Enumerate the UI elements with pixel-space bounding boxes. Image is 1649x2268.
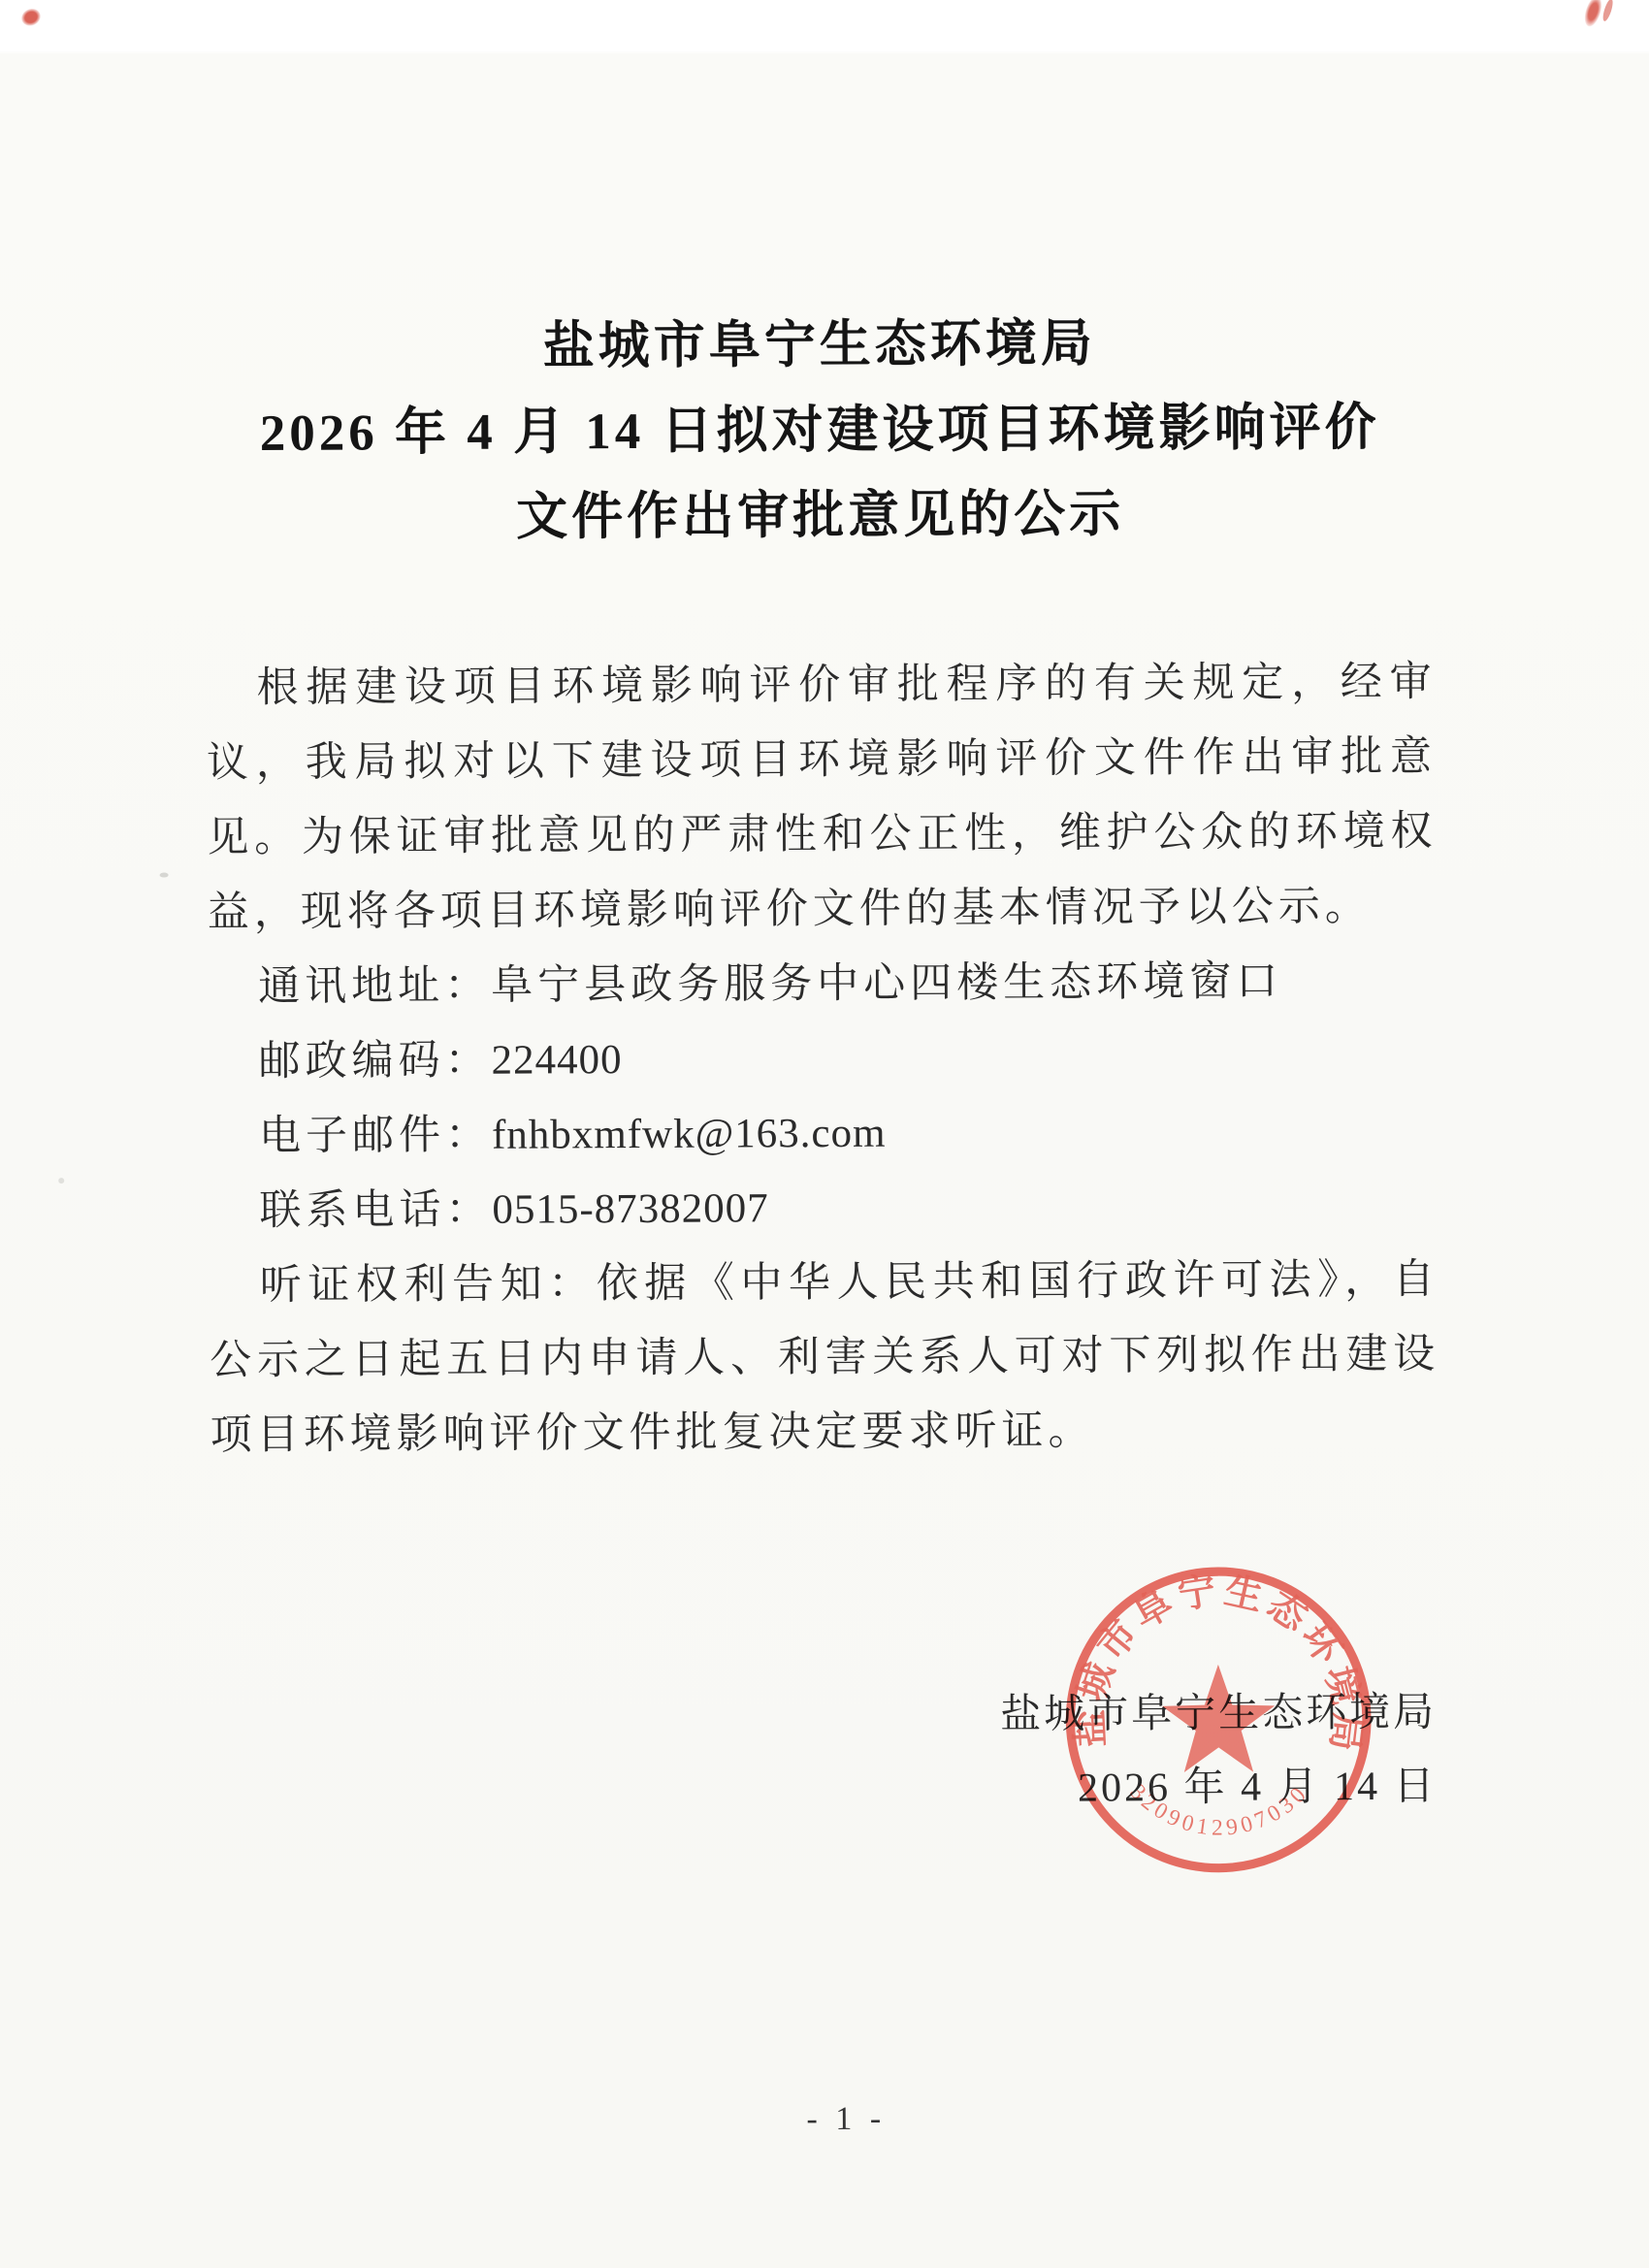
title-line-1: 盐城市阜宁生态环境局 [205,300,1435,392]
document-title: 盐城市阜宁生态环境局 2026 年 4 月 14 日拟对建设项目环境影响评价 文… [205,300,1436,563]
contact-address-line: 通讯地址：阜宁县政务服务中心四楼生态环境窗口 [208,944,1438,1025]
hearing-paragraph: 听证权利告知：依据《中华人民共和国行政许可法》，自公示之日起五日内申请人、利害关… [210,1243,1440,1474]
scan-artifact-top-right [1581,0,1604,28]
contact-postcode-label: 邮政编码： [258,1038,491,1085]
contact-email-line: 电子邮件：fnhbxmfwk@163.com [209,1093,1439,1175]
document-content: 盐城市阜宁生态环境局 2026 年 4 月 14 日拟对建设项目环境影响评价 文… [205,300,1440,1474]
scan-speck [58,1178,64,1183]
page-number: - 1 - [5,2097,1649,2143]
contact-email-label: 电子邮件： [259,1113,492,1159]
contact-phone-line: 联系电话：0515-87382007 [209,1168,1439,1249]
contact-postcode-value: 224400 [491,1037,622,1084]
intro-paragraph: 根据建设项目环境影响评价审批程序的有关规定，经审议，我局拟对以下建设项目环境影响… [206,645,1438,951]
scan-speck [160,873,169,878]
scanned-document-page: 盐城市阜宁生态环境局 2026 年 4 月 14 日拟对建设项目环境影响评价 文… [0,0,1649,2268]
title-line-2: 2026 年 4 月 14 日拟对建设项目环境影响评价 [205,385,1435,477]
official-seal: 盐城市阜宁生态环境局 3209012907030 [1057,1559,1379,1881]
scan-area: 盐城市阜宁生态环境局 2026 年 4 月 14 日拟对建设项目环境影响评价 文… [0,0,1649,2268]
contact-phone-label: 联系电话： [259,1187,492,1234]
title-line-3: 文件作出审批意见的公示 [205,470,1435,563]
contact-address-value: 阜宁县政务服务中心四楼生态环境窗口 [491,959,1282,1009]
contact-email-value: fnhbxmfwk@163.com [492,1111,887,1158]
contact-address-label: 通讯地址： [258,963,491,1010]
scan-artifact-top-left [18,6,43,29]
seal-serial-number: 3209012907030 [1124,1778,1313,1841]
contact-postcode-line: 邮政编码：224400 [208,1019,1438,1100]
seal-star-icon [1162,1665,1276,1773]
contact-phone-value: 0515-87382007 [492,1185,769,1232]
